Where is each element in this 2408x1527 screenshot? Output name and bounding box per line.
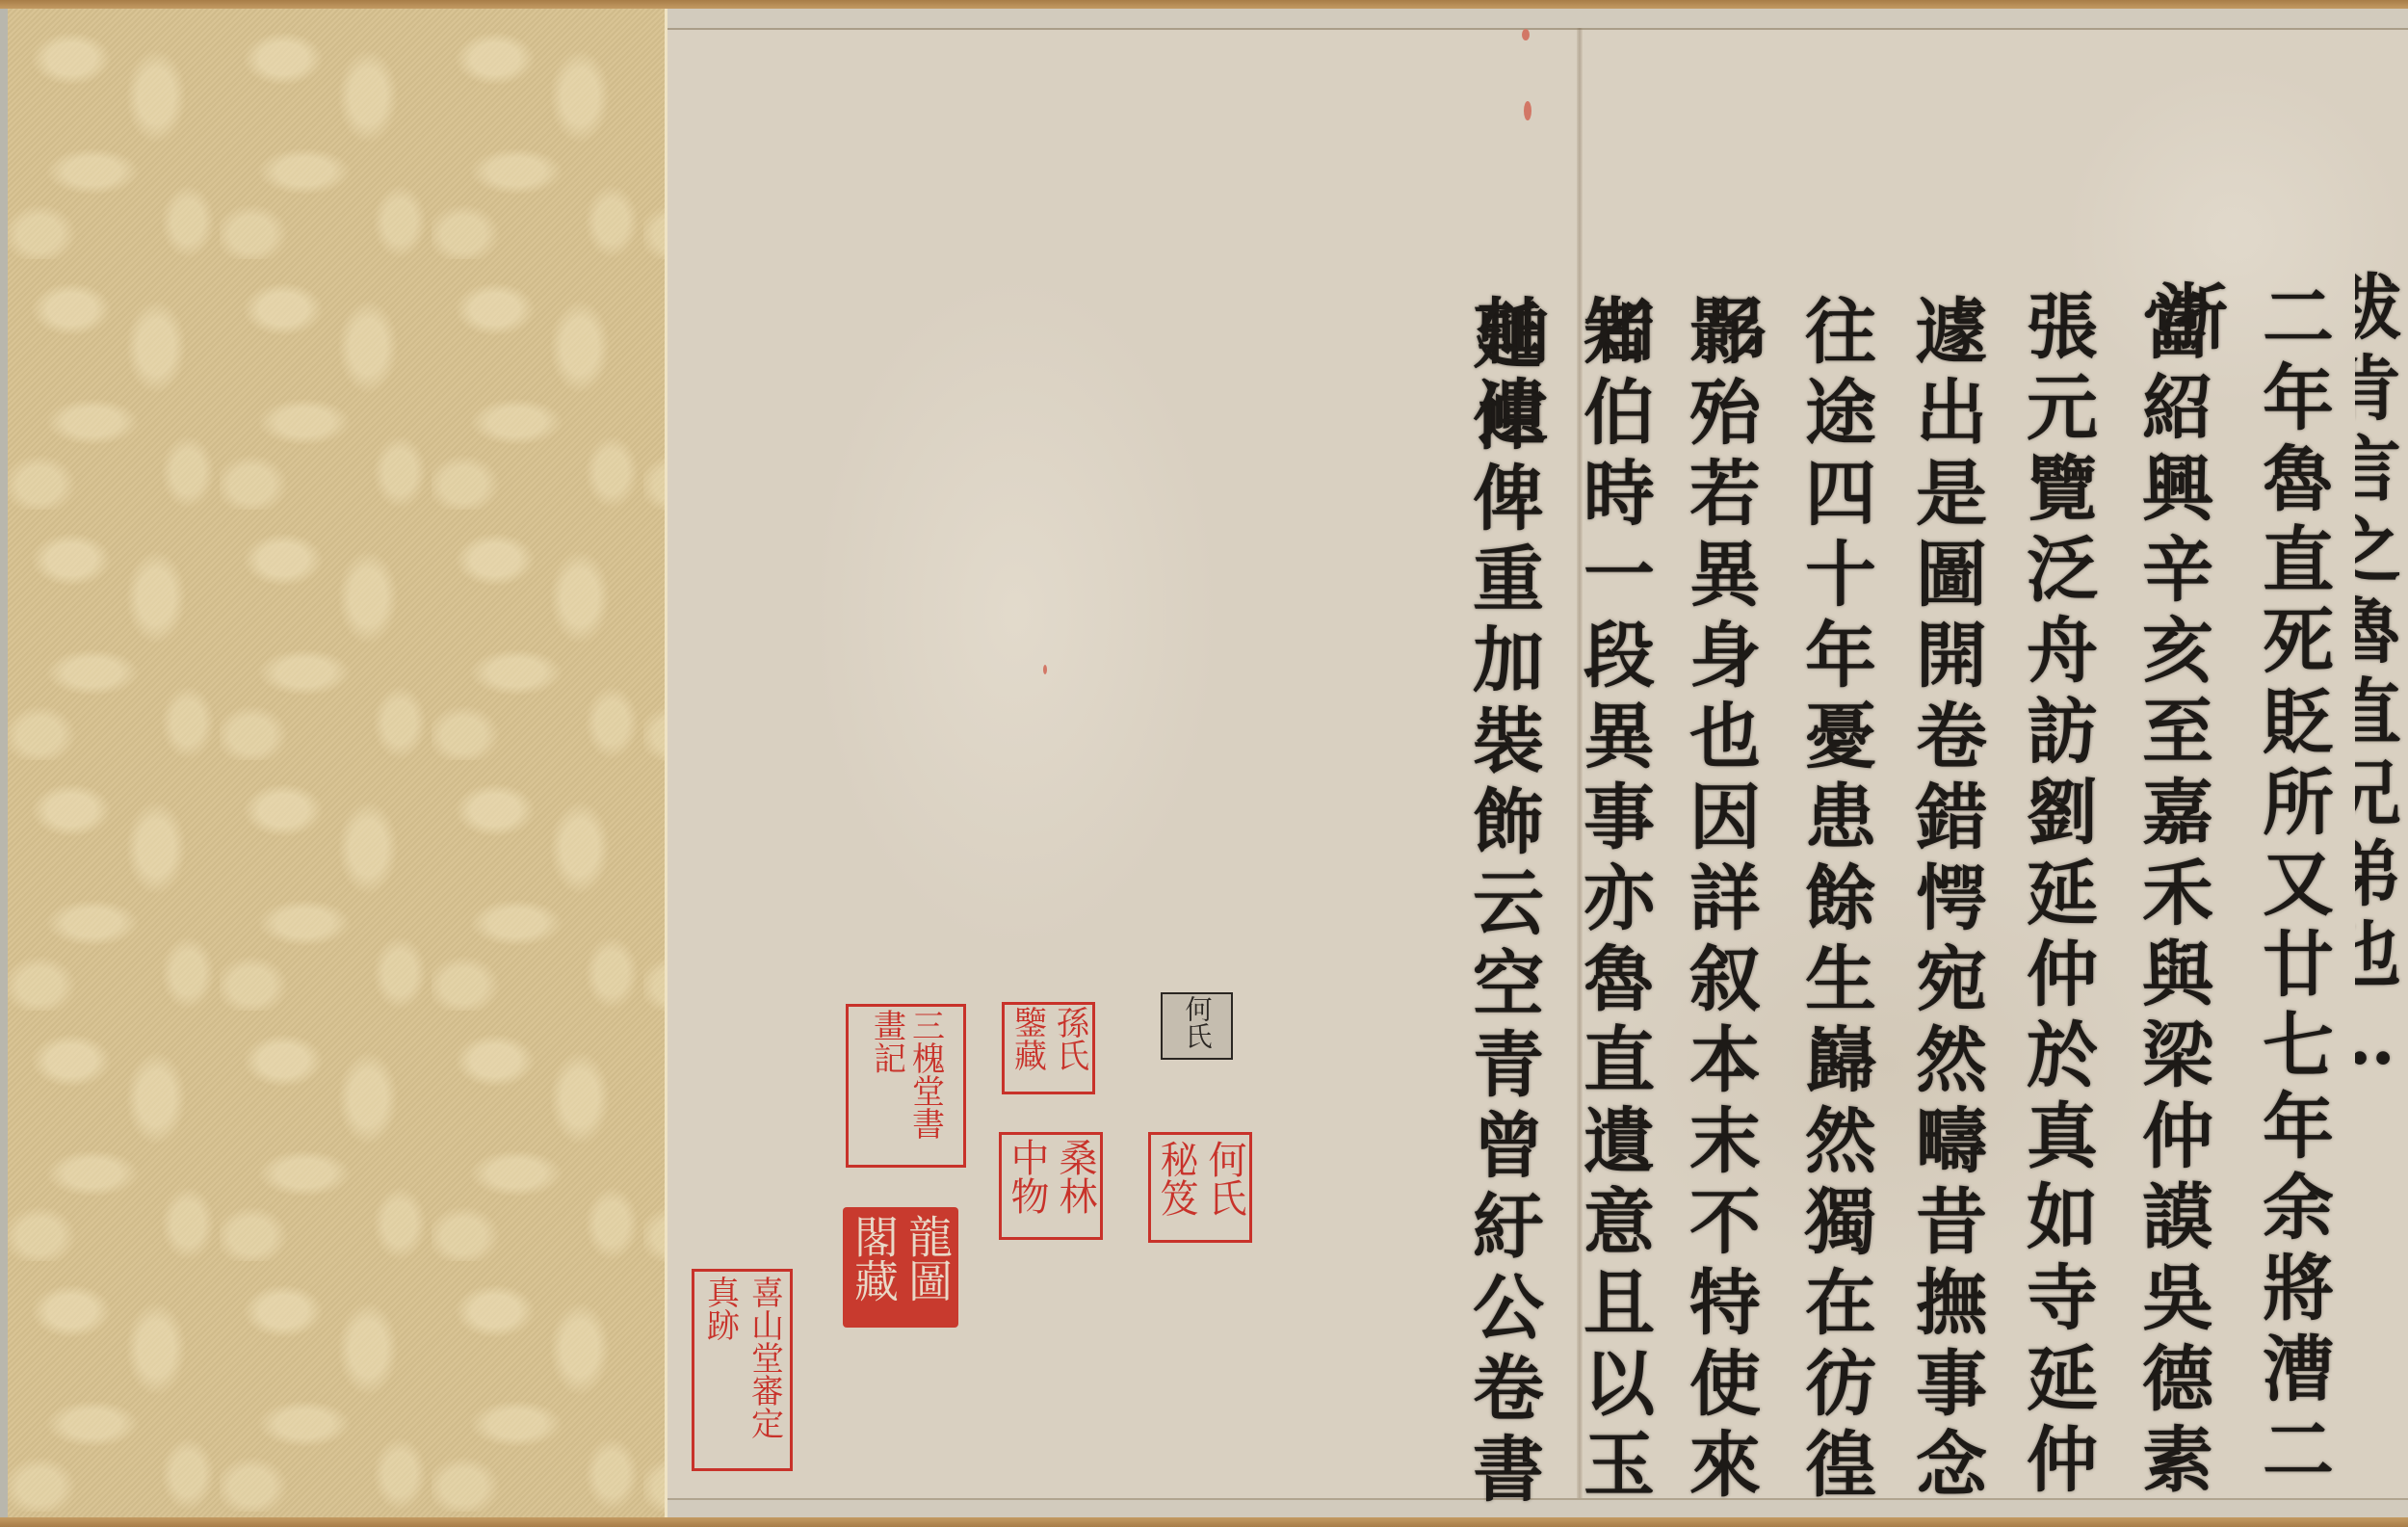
- calligraphy-column-4: 張元覽泛舟訪劉延仲於真如寺延仲: [2003, 289, 2109, 1503]
- seal-sanglin: 桑林中物: [999, 1132, 1103, 1240]
- calligraphy-column-3: 當紹興辛亥至嘉禾與梁仲謨吳德素: [2119, 289, 2225, 1503]
- red-pigment-speck: [1043, 665, 1047, 674]
- red-pigment-speck: [1522, 29, 1530, 40]
- calligraphy-column-8: 知伯時一段異事亦魯直遺意且以玉軸遺: [1560, 294, 1666, 1527]
- seal-sanhuaitang: 三槐堂書畫記: [846, 1004, 966, 1168]
- silk-brocade-mounting: [8, 9, 665, 1517]
- calligraphy-column-1-partial: 跋肯言之魯直兄弟也…: [2355, 270, 2408, 1091]
- seal-text: 喜山堂審定真跡: [698, 1276, 787, 1464]
- paper-top-border: [667, 9, 2408, 30]
- scroll-frame-bottom: [0, 1517, 2408, 1527]
- scroll-frame-top: [0, 0, 2408, 9]
- seal-text: 龍圖閣藏: [847, 1214, 955, 1322]
- calligraphy-column-2: 二年魯直死貶所又廿七年余將漕二浙: [2239, 279, 2345, 1527]
- seal-text: 孫氏鑒藏: [1007, 1006, 1091, 1091]
- seal-text: 何氏: [1181, 995, 1214, 1057]
- scroll-left-edge: [0, 9, 8, 1517]
- seal-text: 三槐堂書畫記: [868, 1009, 945, 1163]
- calligraphy-column-6: 往途四十年憂患餘生巋然獨在彷徨吊: [1782, 294, 1888, 1527]
- seal-text: 桑林中物: [1003, 1138, 1099, 1234]
- seal-longtu: 龍圖閣藏: [843, 1207, 958, 1328]
- seal-heshi-mijin: 何氏秘笈: [1148, 1132, 1252, 1243]
- red-pigment-speck: [1524, 101, 1531, 120]
- calligraphy-column-9: 延仲俾重加裝飾云空青曾紆公卷書: [1450, 299, 1556, 1513]
- calligraphy-column-7: 影殆若異身也因詳叙本末不特使來者: [1666, 294, 1772, 1527]
- seal-heshi-black: 何氏: [1161, 992, 1233, 1060]
- seal-xishantang: 喜山堂審定真跡: [692, 1269, 793, 1471]
- seal-text: 何氏秘笈: [1152, 1140, 1248, 1236]
- seal-sunshi: 孫氏鑒藏: [1002, 1002, 1095, 1094]
- calligraphy-column-5: 遽出是圖開卷錯愕宛然疇昔撫事念: [1893, 294, 1999, 1508]
